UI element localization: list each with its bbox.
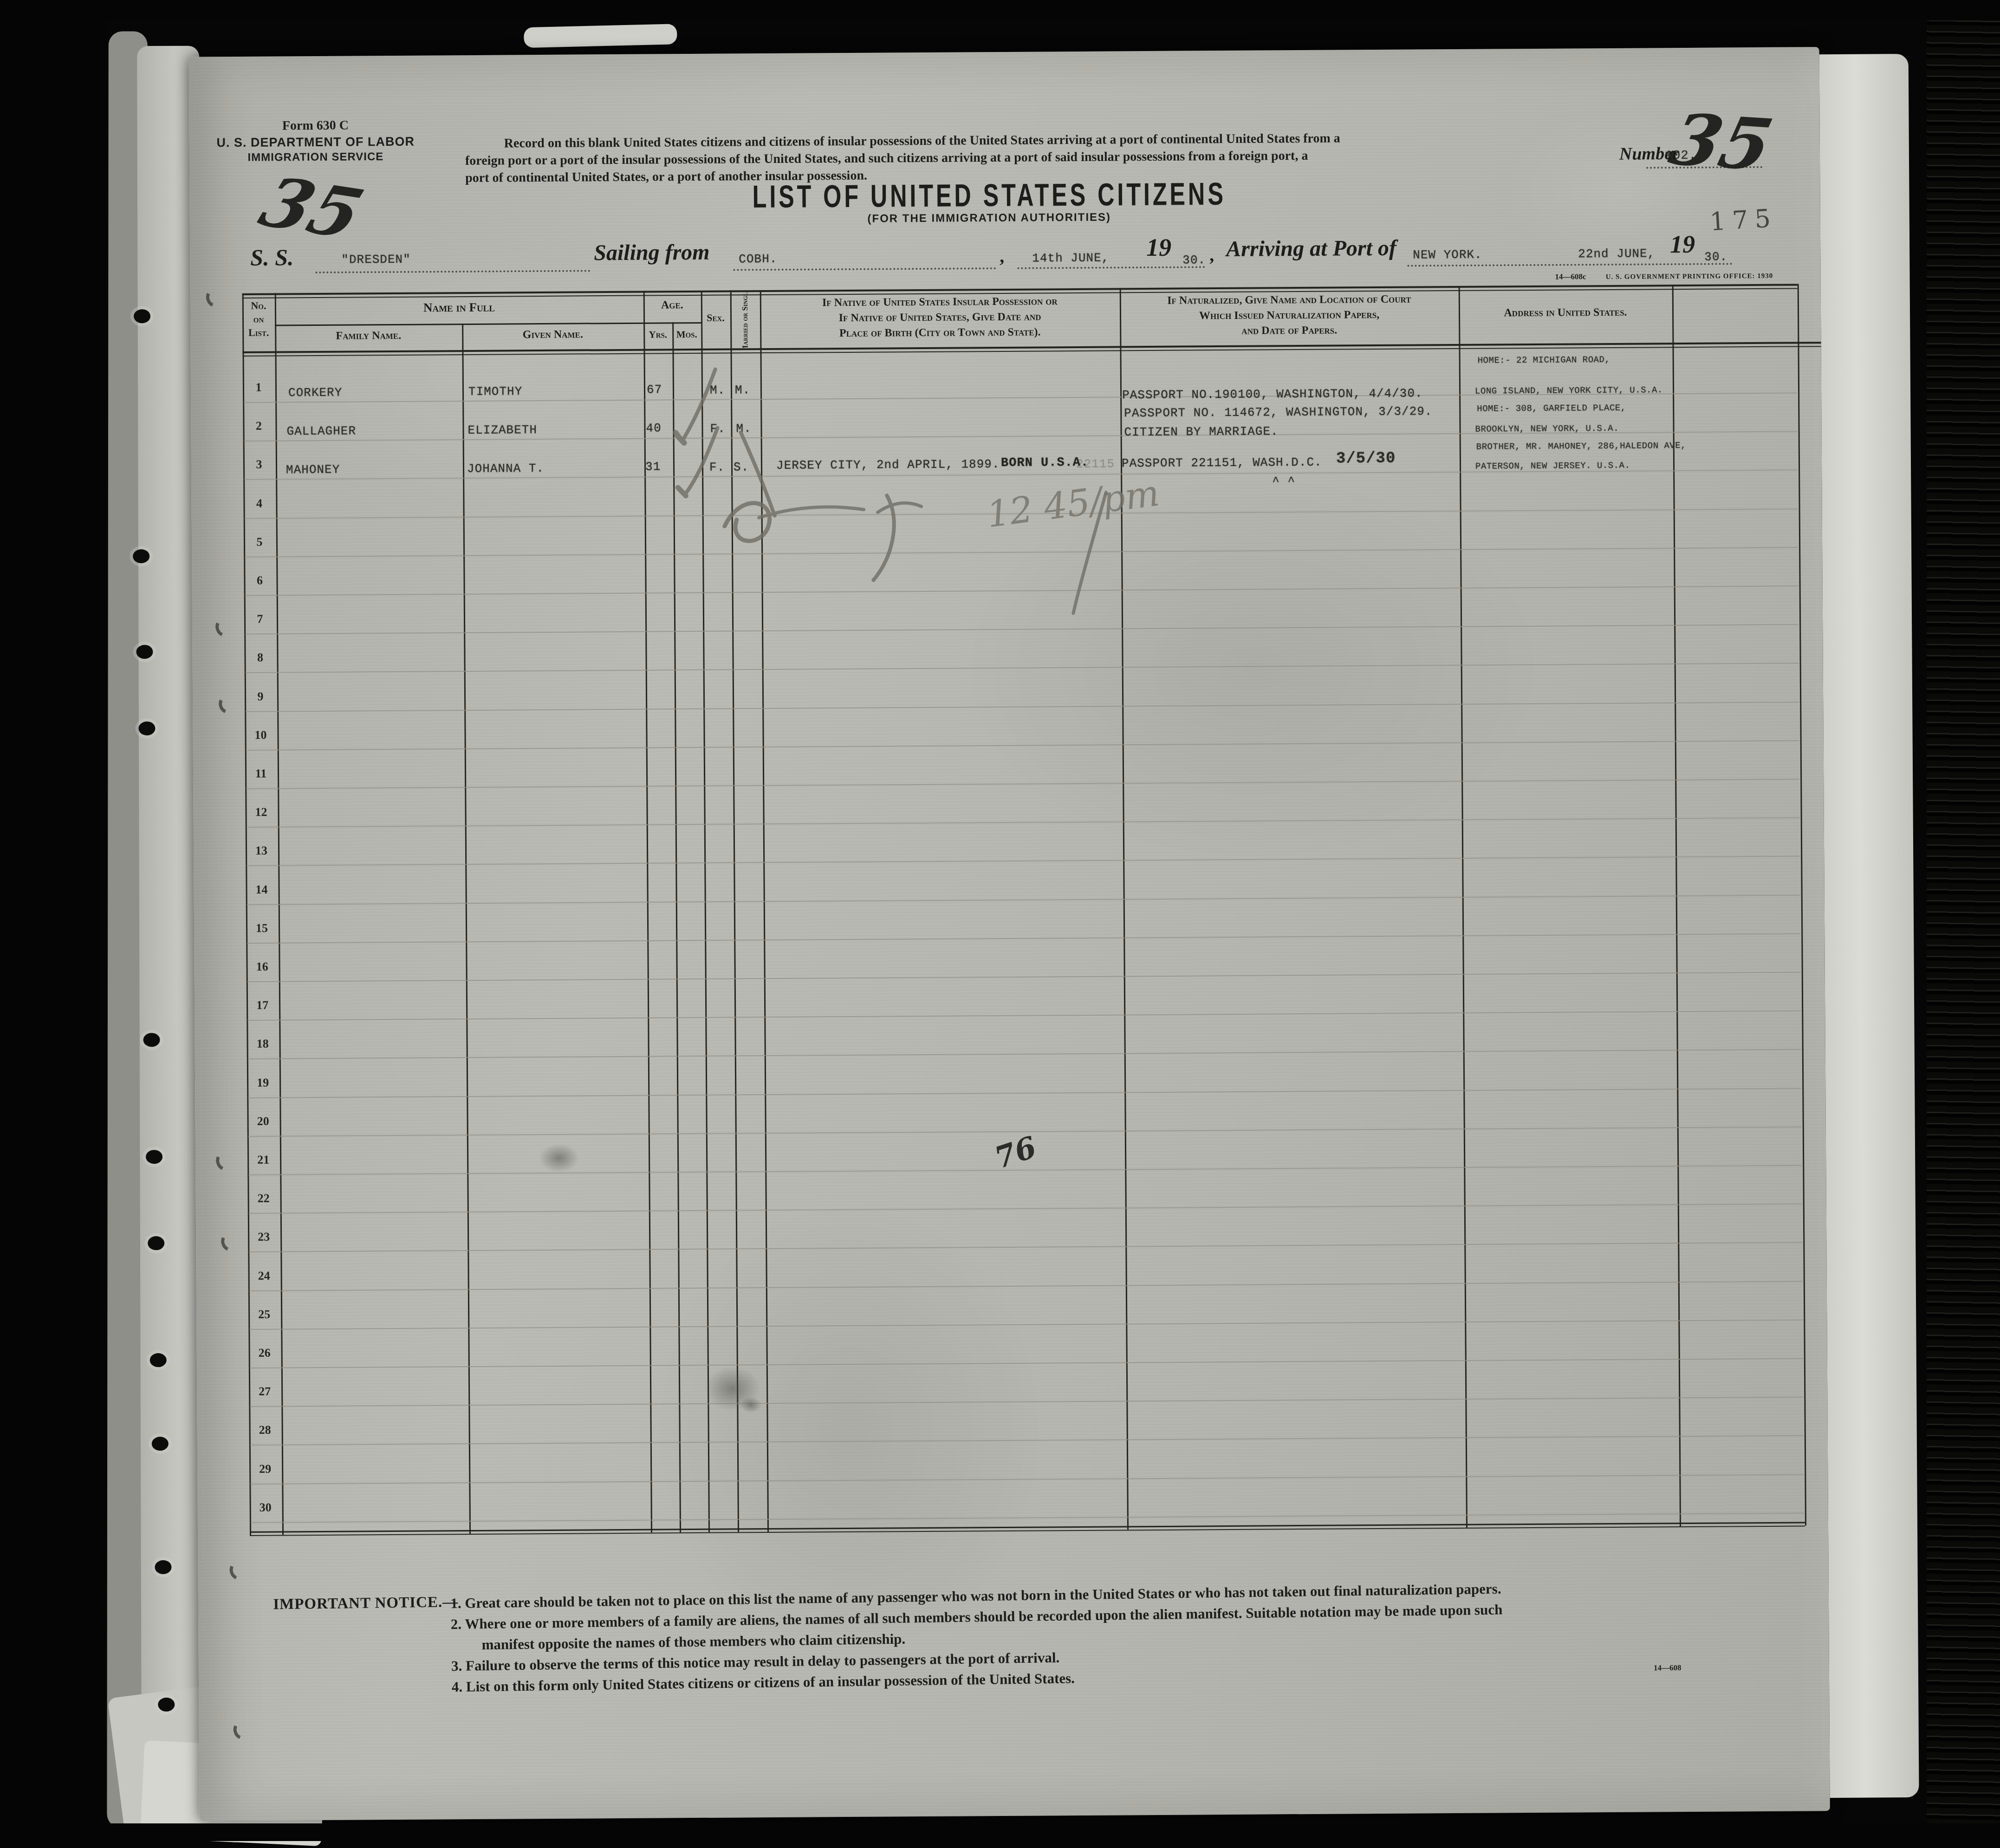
important-notice: IMPORTANT NOTICE.— 1. Great care should …: [273, 1574, 1806, 1699]
entry-naturalization-2: CITIZEN BY MARRIAGE.: [1124, 424, 1278, 439]
row-ruling-line: [247, 972, 1801, 982]
entry-married: S.: [734, 460, 749, 474]
entry-address-line: BROTHER, MR. MAHONEY, 286,HALEDON AVE,: [1476, 441, 1686, 452]
punch-hole: [148, 1236, 164, 1250]
scan-black-border-top: [0, 0, 2000, 20]
entry-family-name: CORKERY: [288, 386, 342, 400]
entry-address-line: BROOKLYN, NEW YORK, U.S.A.: [1475, 423, 1619, 434]
scan-black-border-left: [0, 0, 106, 1841]
row-ruling-line: [249, 1281, 1803, 1291]
row-ruling-line: [248, 1088, 1801, 1098]
col-header-name-in-full: Name in Full: [275, 299, 643, 316]
row-number: 2: [245, 419, 273, 433]
row-number: 21: [249, 1153, 277, 1167]
row-number: 25: [250, 1307, 278, 1321]
row-ruling-line: [247, 856, 1800, 866]
entry-birthplace: JERSEY CITY, 2nd APRIL, 1899.: [776, 457, 1000, 473]
row-number: 22: [250, 1192, 278, 1206]
row-number: 23: [250, 1230, 278, 1244]
col-header-mos: Mos.: [672, 329, 701, 340]
punch-hole: [136, 645, 153, 659]
entry-age-yrs: 40: [646, 421, 661, 435]
entry-sex: F.: [710, 422, 725, 436]
table-grid-line: [462, 324, 471, 1534]
entry-naturalization-date: 3/5/30: [1336, 450, 1396, 468]
scan-black-border-bottom: [0, 1823, 2000, 1841]
col-header-yrs: Yrs.: [643, 329, 672, 340]
row-ruling-line: [247, 817, 1800, 828]
punch-hole: [133, 549, 149, 563]
col-header-age: Age.: [643, 299, 701, 312]
row-number: 6: [246, 574, 273, 588]
col-header-no: No. on List.: [242, 299, 275, 339]
row-number: 3: [245, 458, 273, 472]
table-grid-line: [672, 322, 681, 1532]
entry-naturalization: PASSPORT NO.190100, WASHINGTON, 4/4/30.: [1122, 386, 1423, 402]
row-number: 16: [248, 960, 276, 974]
row-number: 29: [251, 1462, 279, 1476]
row-number: 18: [249, 1037, 277, 1051]
row-number: 8: [246, 651, 274, 665]
punch-hole: [143, 1033, 160, 1047]
row-number: 20: [249, 1114, 277, 1128]
row-ruling-line: [249, 1319, 1803, 1329]
row-number: 11: [247, 767, 275, 781]
row-ruling-line: [249, 1242, 1802, 1252]
handwritten-sheet-number-right: 35: [1662, 98, 1780, 186]
row-ruling-line: [246, 740, 1799, 750]
row-ruling-line: [246, 663, 1799, 673]
ink-smudge: [740, 1397, 761, 1413]
punch-hole: [155, 1560, 171, 1574]
row-number: 28: [251, 1423, 279, 1437]
notice-label: IMPORTANT NOTICE.—: [273, 1594, 458, 1614]
col-header-married-single: Married or Single.: [730, 291, 760, 348]
row-ruling-line: [250, 1435, 1804, 1446]
punch-hole: [158, 1698, 175, 1712]
row-ruling-line: [250, 1358, 1803, 1368]
row-ruling-line: [245, 547, 1798, 557]
row-ruling-line: [247, 895, 1800, 905]
table-grid-line: [1798, 284, 1806, 1525]
table-grid: [0, 0, 2000, 1841]
row-number: 15: [248, 921, 276, 935]
entry-family-name: GALLAGHER: [286, 424, 356, 438]
entry-address-line: HOME:- 308, GARFIELD PLACE,: [1477, 403, 1626, 414]
entry-given-name: TIMOTHY: [468, 384, 522, 399]
row-number: 1: [245, 381, 273, 395]
row-number: 13: [247, 844, 275, 858]
row-ruling-line: [250, 1474, 1804, 1484]
married-single-label: Married or Single.: [740, 291, 750, 348]
row-ruling-line: [245, 624, 1799, 635]
col-header-given-name: Given Name.: [462, 328, 643, 342]
punch-hole: [138, 721, 155, 735]
row-number: 17: [248, 999, 276, 1012]
punch-hole: [150, 1353, 167, 1367]
col-header-birth: If Native of United States Insular Posse…: [760, 293, 1120, 342]
entry-age-yrs: 31: [645, 460, 661, 473]
row-number: 5: [246, 535, 273, 549]
entry-married: M.: [736, 421, 751, 435]
row-ruling-line: [251, 1512, 1804, 1523]
entry-sex: M.: [710, 383, 725, 397]
table-grid-line: [275, 322, 701, 326]
scanned-document-photo: Form 630 C U. S. DEPARTMENT OF LABOR IMM…: [0, 0, 2000, 1841]
entry-given-name: ELIZABETH: [468, 423, 537, 437]
entry-birth-note: BORN U.S.A.: [1001, 456, 1089, 470]
entry-sex: F.: [709, 460, 725, 474]
ink-smudge: [539, 1144, 579, 1173]
row-number: 30: [252, 1500, 279, 1514]
entry-address-line: LONG ISLAND, NEW YORK CITY, U.S.A.: [1475, 385, 1663, 396]
tilted-paper-assembly: Form 630 C U. S. DEPARTMENT OF LABOR IMM…: [0, 0, 2000, 1841]
entry-age-yrs: 67: [647, 383, 662, 396]
row-ruling-line: [250, 1397, 1803, 1407]
row-ruling-line: [249, 1204, 1802, 1214]
entry-family-name: MAHONEY: [286, 463, 340, 477]
entry-naturalization: PASSPORT NO. 114672, WASHINGTON, 3/3/29.: [1124, 404, 1432, 420]
row-number: 9: [247, 689, 274, 703]
row-number: 10: [247, 728, 274, 742]
entry-married: M.: [735, 383, 750, 397]
punch-hole: [152, 1437, 169, 1451]
entry-naturalization: PASSPORT 221151, WASH.D.C.: [1122, 455, 1322, 471]
row-ruling-line: [247, 1011, 1801, 1021]
caret-marks: ^ ^: [1272, 474, 1295, 488]
col-header-sex: Sex.: [701, 312, 730, 324]
row-number: 7: [246, 612, 274, 626]
page-number-stamp: 175: [1709, 203, 1778, 236]
row-number: 4: [245, 496, 273, 510]
row-ruling-line: [248, 1049, 1801, 1059]
entry-address-line: PATERSON, NEW JERSEY. U.S.A.: [1475, 460, 1630, 472]
col-header-address: Address in United States.: [1459, 306, 1672, 320]
row-number: 26: [251, 1346, 279, 1360]
punch-hole: [134, 309, 150, 323]
scan-edge-noise: [1927, 0, 2000, 1841]
col-header-naturalized: If Naturalized, Give Name and Location o…: [1120, 292, 1459, 339]
punch-hole: [146, 1150, 162, 1164]
bottom-print-code: 14—608: [1654, 1663, 1682, 1673]
entry-address-line: HOME:- 22 MICHIGAN ROAD,: [1478, 355, 1610, 366]
row-ruling-line: [247, 933, 1800, 943]
row-number: 19: [249, 1076, 277, 1089]
row-ruling-line: [246, 701, 1799, 712]
row-ruling-line: [246, 778, 1799, 789]
entry-given-name: JOHANNA T.: [467, 461, 544, 476]
row-number: 27: [251, 1385, 279, 1399]
row-number: 12: [247, 805, 275, 819]
row-number: 14: [247, 882, 275, 896]
row-ruling-line: [245, 585, 1799, 596]
row-number: 24: [250, 1269, 278, 1283]
col-header-family-name: Family Name.: [275, 329, 462, 343]
